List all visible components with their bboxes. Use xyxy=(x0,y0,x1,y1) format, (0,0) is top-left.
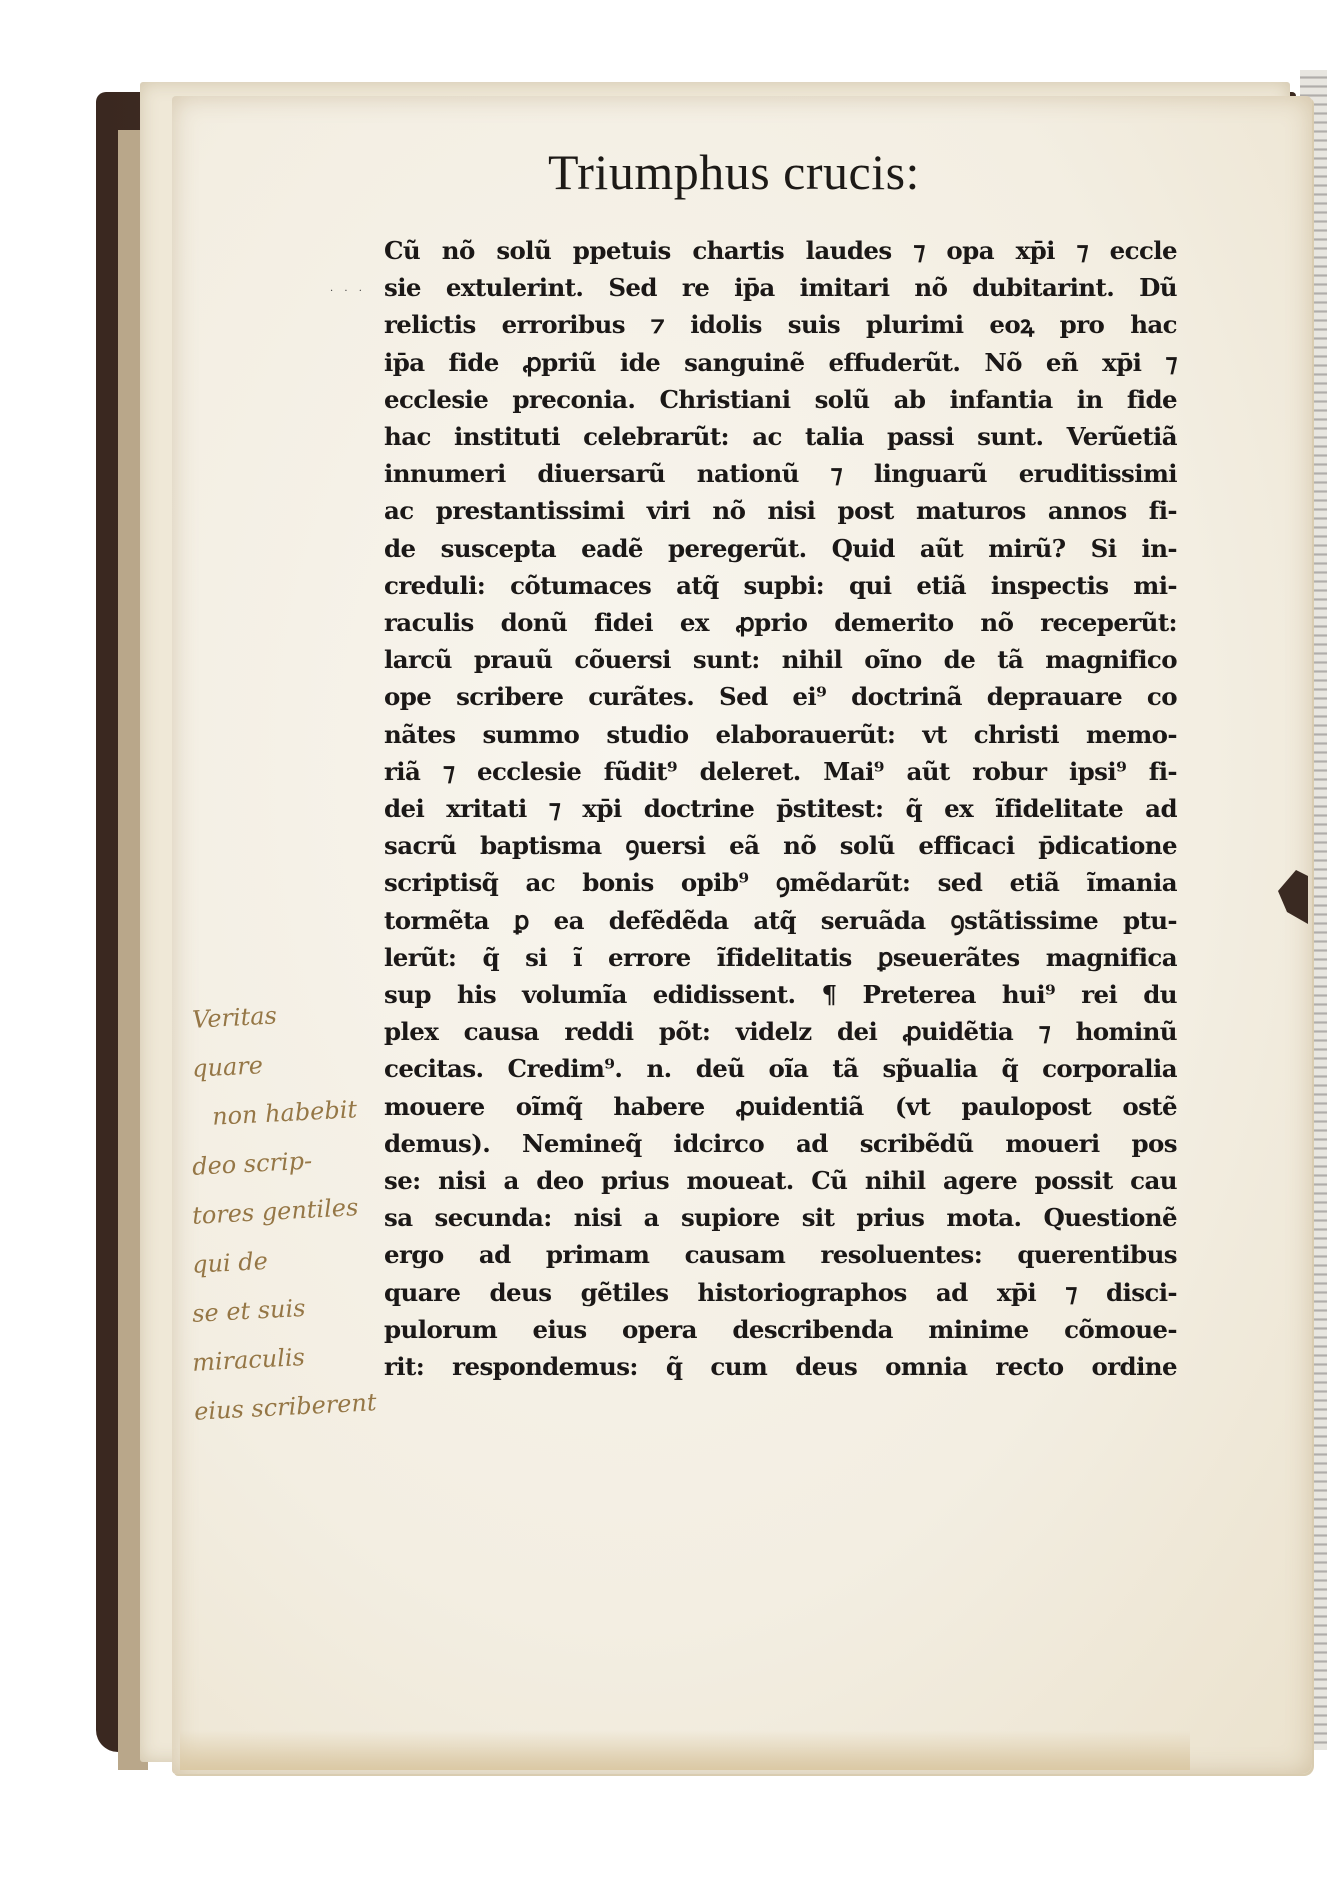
text-line: quare deus gẽtiles historiographos ad xp… xyxy=(384,1274,1177,1311)
handwritten-marginalia: Veritas quare non habebit deo scrip- tor… xyxy=(192,988,492,1429)
text-line: riã ⁊ ecclesie fũdit⁹ deleret. Mai⁹ aũt … xyxy=(384,753,1177,790)
text-line: ac prestantissimi viri nõ nisi post matu… xyxy=(384,492,1177,529)
text-line: sacrũ baptisma ꝯuersi eã nõ solũ efficac… xyxy=(384,827,1177,864)
text-line: lerũt: q̃ si ĩ errore ĩfidelitatis ꝑseue… xyxy=(384,939,1177,976)
text-line: ergo ad primam causam resoluentes: quere… xyxy=(384,1236,1177,1273)
text-line: sup his volumĩa edidissent. ¶ Preterea h… xyxy=(384,976,1177,1013)
text-line: nãtes summo studio elaborauerũt: vt chri… xyxy=(384,716,1177,753)
text-line: hac instituti celebrarũt: ac talia passi… xyxy=(384,418,1177,455)
text-line: cecitas. Credim⁹. n. deũ oĩa tã sp̃ualia… xyxy=(384,1050,1177,1087)
text-line: demus). Nemineq̃ idcirco ad scribẽdũ mou… xyxy=(384,1125,1177,1162)
page-title: Triumphus crucis: xyxy=(548,143,1028,201)
ink-specks: · · · xyxy=(330,286,366,297)
text-line: larcũ prauũ cõuersi sunt: nihil oĩno de … xyxy=(384,641,1177,678)
text-line: scriptisq̃ ac bonis opib⁹ ꝯmẽdarũt: sed … xyxy=(384,864,1177,901)
text-line: rit: respondemus: q̃ cum deus omnia rect… xyxy=(384,1348,1177,1385)
text-line: ecclesie preconia. Christiani solũ ab in… xyxy=(384,381,1177,418)
text-line: plex causa reddi põt: videlz dei ꝓuidẽti… xyxy=(384,1013,1177,1050)
text-line: tormẽta ꝑ ea defẽdẽda atq̃ seruãda ꝯstãt… xyxy=(384,902,1177,939)
text-line: raculis donũ fidei ex ꝓprio demerito nõ … xyxy=(384,604,1177,641)
text-line: mouere oĩmq̃ habere ꝓuidentiã (vt paulop… xyxy=(384,1088,1177,1125)
text-line: sie extulerint. Sed re ip̄a imitari nõ d… xyxy=(384,269,1177,306)
text-line: se: nisi a deo prius moueat. Cũ nihil ag… xyxy=(384,1162,1177,1199)
text-line: innumeri diuersarũ nationũ ⁊ linguarũ er… xyxy=(384,455,1177,492)
text-line: relictis erroribus ⁊ idolis suis plurimi… xyxy=(384,306,1177,343)
text-line: Cũ nõ solũ ppetuis chartis laudes ⁊ opa … xyxy=(384,232,1177,269)
printed-text-block: Cũ nõ solũ ppetuis chartis laudes ⁊ opa … xyxy=(384,232,1177,1385)
text-line: sa secunda: nisi a supiore sit prius mot… xyxy=(384,1199,1177,1236)
text-line: pulorum eius opera describenda minime cõ… xyxy=(384,1311,1177,1348)
text-line: de suscepta eadẽ peregerũt. Quid aũt mir… xyxy=(384,530,1177,567)
page-foxing xyxy=(180,1730,1190,1770)
text-line: ip̄a fide ꝓpriũ ide sanguinẽ effuderũt. … xyxy=(384,344,1177,381)
text-line: dei xritati ⁊ xp̄i doctrine p̄stitest: q… xyxy=(384,790,1177,827)
text-line: creduli: cõtumaces atq̃ supbi: qui etiã … xyxy=(384,567,1177,604)
text-line: ope scribere curãtes. Sed ei⁹ doctrinã d… xyxy=(384,678,1177,715)
